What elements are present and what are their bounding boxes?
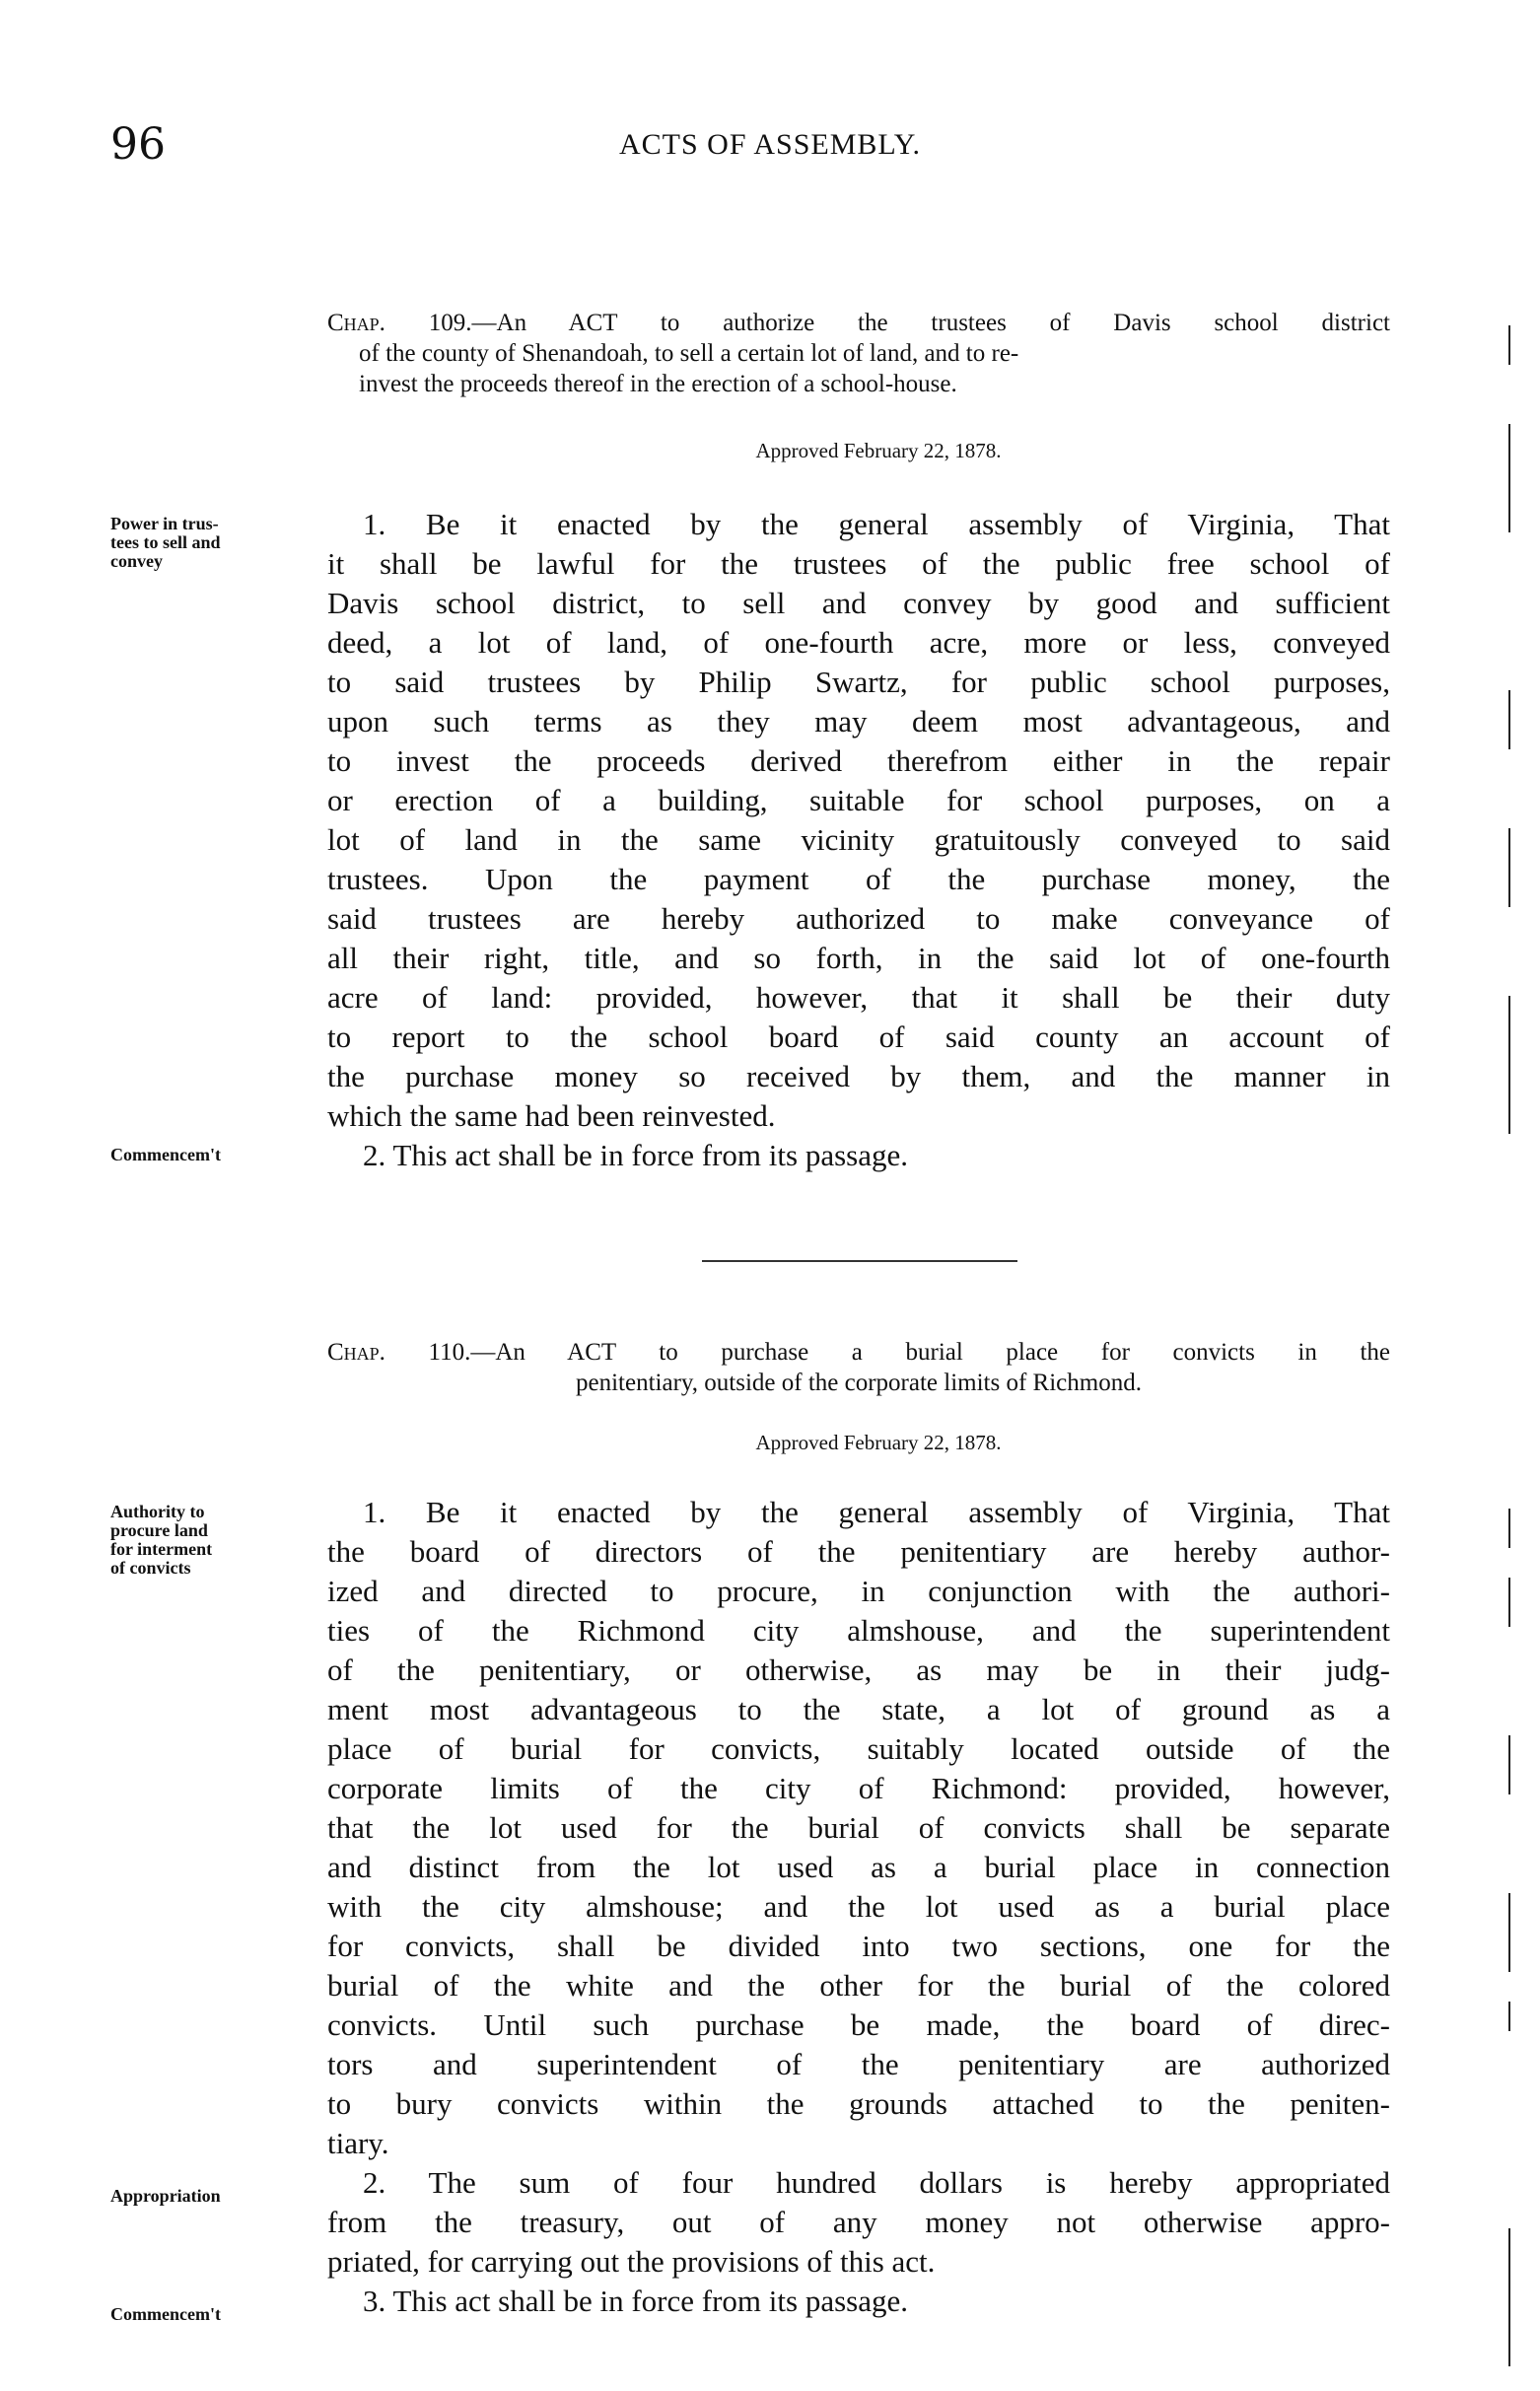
text-line: 3. This act shall be in force from its p…	[327, 2282, 1390, 2321]
scan-edge-mark	[1508, 690, 1510, 749]
text-line: the purchase money so received by them, …	[327, 1057, 1390, 1096]
margin-note-commencement: Commencem't	[110, 1146, 317, 1164]
text-line: the board of directors of the penitentia…	[327, 1532, 1390, 1572]
text-line: to bury convicts within the grounds atta…	[327, 2084, 1390, 2124]
margin-note-appropriation: Appropriation	[110, 2187, 317, 2206]
text-line: priated, for carrying out the provisions…	[327, 2242, 1390, 2282]
text-line: or erection of a building, suitable for …	[327, 781, 1390, 820]
approved-date: Approved February 22, 1878.	[0, 439, 1540, 463]
text-line: tors and superintendent of the penitenti…	[327, 2045, 1390, 2084]
chapter-110-sections: 1. Be it enacted by the general assembly…	[327, 1493, 1390, 2321]
scan-edge-mark	[1508, 1578, 1510, 1627]
text-line: trustees. Upon the payment of the purcha…	[327, 860, 1390, 899]
text-line: 2. The sum of four hundred dollars is he…	[327, 2163, 1390, 2203]
chapter-number: 110.	[429, 1339, 471, 1366]
chapter-number: 109.	[429, 310, 472, 336]
text-line: to said trustees by Philip Swartz, for p…	[327, 663, 1390, 702]
text-line: it shall be lawful for the trustees of t…	[327, 544, 1390, 584]
scan-edge-mark	[1508, 1509, 1510, 1548]
heading-line: of the county of Shenandoah, to sell a c…	[327, 338, 1390, 369]
text-line: upon such terms as they may deem most ad…	[327, 702, 1390, 741]
text-line: from the treasury, out of any money not …	[327, 2203, 1390, 2242]
text-line: with the city almshouse; and the lot use…	[327, 1887, 1390, 1927]
scan-edge-mark	[1508, 325, 1510, 365]
text-line: and distinct from the lot used as a buri…	[327, 1848, 1390, 1887]
heading-line: invest the proceeds thereof in the erect…	[327, 369, 1390, 399]
text-line: to invest the proceeds derived therefrom…	[327, 741, 1390, 781]
text-line: of the penitentiary, or otherwise, as ma…	[327, 1651, 1390, 1690]
text-line: ized and directed to procure, in conjunc…	[327, 1572, 1390, 1611]
margin-note-commencement: Commencem't	[110, 2305, 317, 2324]
text-line: burial of the white and the other for th…	[327, 1966, 1390, 2005]
chapter-110-heading: Chap. 110.—An ACT to purchase a burial p…	[327, 1337, 1390, 1398]
scan-edge-mark	[1508, 1893, 1510, 1972]
text-line: acre of land: provided, however, that it…	[327, 978, 1390, 1018]
chapter-109-heading: Chap. 109.—An ACT to authorize the trust…	[327, 308, 1390, 399]
text-line: said trustees are hereby authorized to m…	[327, 899, 1390, 939]
chapter-label: Chap.	[327, 310, 385, 336]
text-line: that the lot used for the burial of conv…	[327, 1808, 1390, 1848]
scan-edge-mark	[1508, 2228, 1510, 2366]
text-line: deed, a lot of land, of one-fourth acre,…	[327, 623, 1390, 663]
text-line: lot of land in the same vicinity gratuit…	[327, 820, 1390, 860]
text-line: ment most advantageous to the state, a l…	[327, 1690, 1390, 1729]
margin-note-authority-to-procure: Authority to procure land for interment …	[110, 1503, 317, 1578]
scan-edge-mark	[1508, 2002, 1510, 2031]
heading-line: —An ACT to authorize the trustees of Dav…	[472, 310, 1390, 336]
text-line: 1. Be it enacted by the general assembly…	[327, 505, 1390, 544]
running-head: ACTS OF ASSEMBLY.	[0, 128, 1540, 162]
scan-edge-mark	[1508, 1735, 1510, 1794]
text-line: to report to the school board of said co…	[327, 1018, 1390, 1057]
text-line: all their right, title, and so forth, in…	[327, 939, 1390, 978]
scan-edge-mark	[1508, 996, 1510, 1134]
scan-edge-mark	[1508, 424, 1510, 532]
text-line: place of burial for convicts, suitably l…	[327, 1729, 1390, 1769]
heading-line: —An ACT to purchase a burial place for c…	[470, 1339, 1390, 1366]
approved-date: Approved February 22, 1878.	[0, 1431, 1540, 1455]
scan-edge-mark	[1508, 828, 1510, 907]
chapter-divider	[702, 1260, 1017, 1262]
text-line: ties of the Richmond city almshouse, and…	[327, 1611, 1390, 1651]
text-line: convicts. Until such purchase be made, t…	[327, 2005, 1390, 2045]
chapter-109-section-1: 1. Be it enacted by the general assembly…	[327, 505, 1390, 1175]
text-line: corporate limits of the city of Richmond…	[327, 1769, 1390, 1808]
text-line: Davis school district, to sell and conve…	[327, 584, 1390, 623]
text-line: 1. Be it enacted by the general assembly…	[327, 1493, 1390, 1532]
text-line: for convicts, shall be divided into two …	[327, 1927, 1390, 1966]
chapter-label: Chap.	[327, 1339, 385, 1366]
text-line: tiary.	[327, 2124, 1390, 2163]
text-line: 2. This act shall be in force from its p…	[327, 1136, 1390, 1175]
heading-line: penitentiary, outside of the corporate l…	[327, 1368, 1390, 1398]
text-line: which the same had been reinvested.	[327, 1096, 1390, 1136]
margin-note-power-in-trustees: Power in trus- tees to sell and convey	[110, 515, 317, 571]
